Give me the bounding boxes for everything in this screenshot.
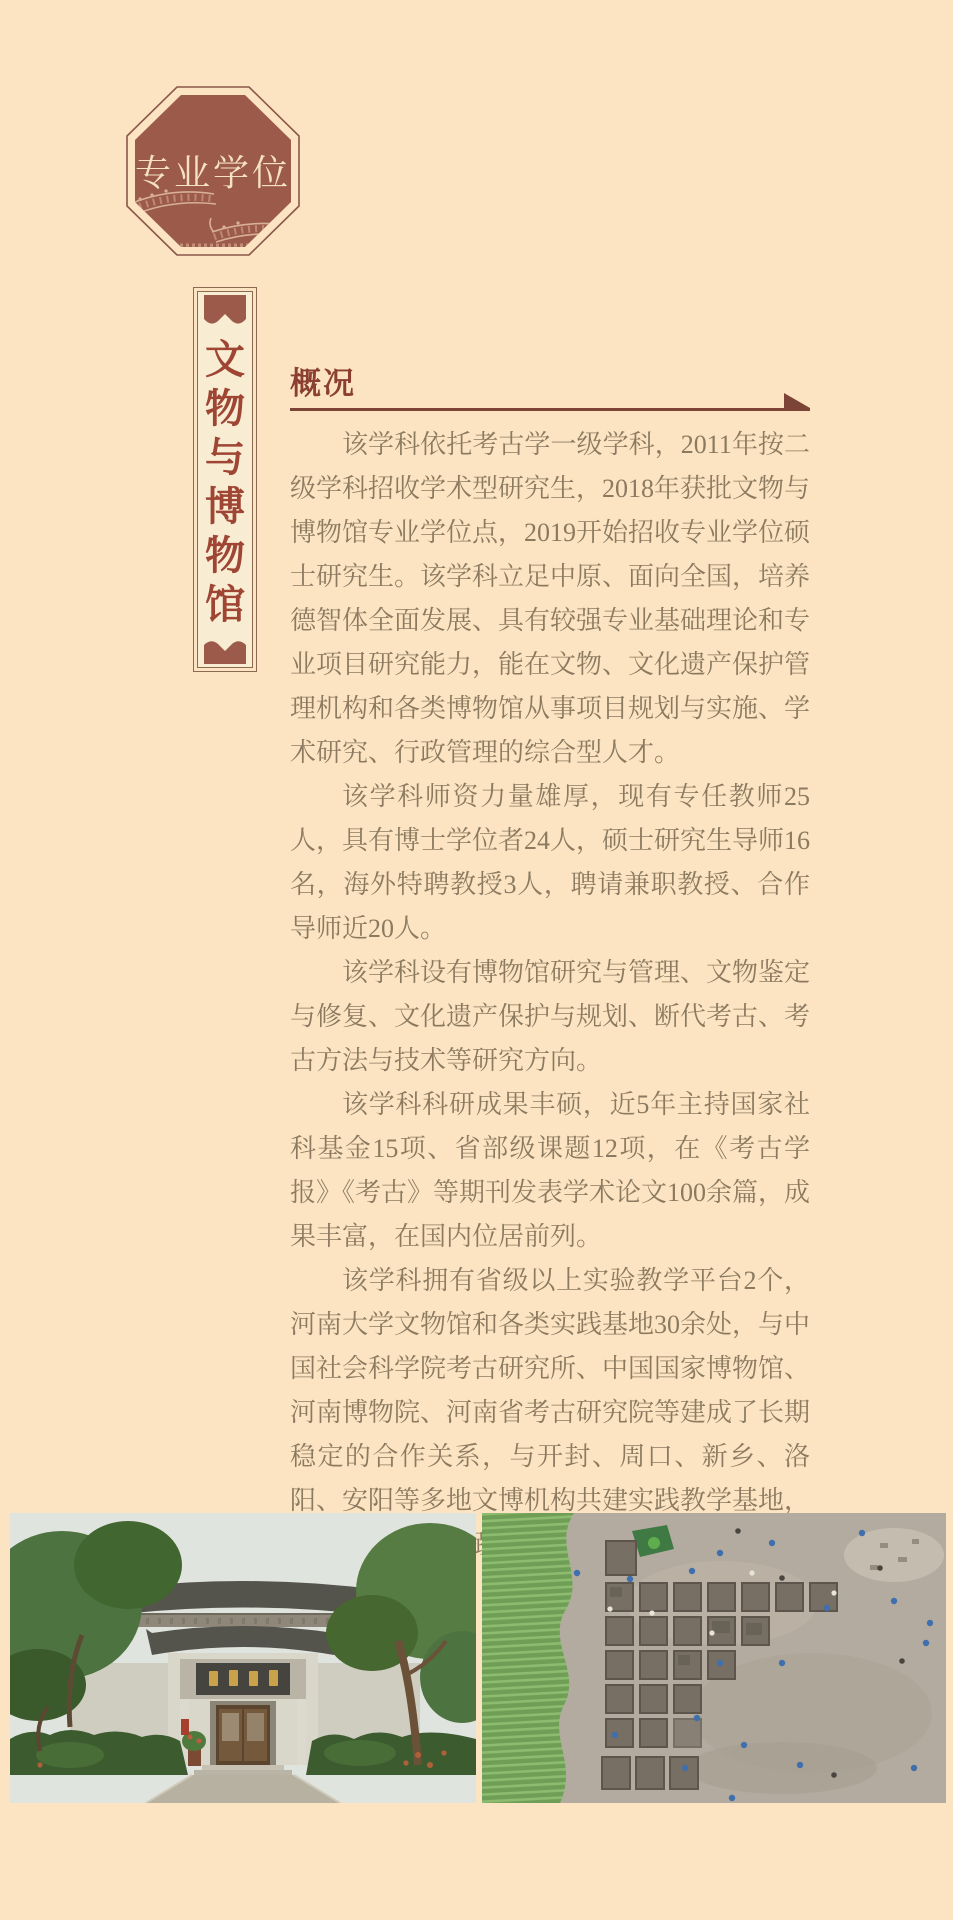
photo-row [10, 1513, 946, 1803]
vertical-title: 文 物 与 博 物 馆 [205, 327, 245, 638]
banner-char: 馆 [205, 585, 245, 625]
overview-section: 概况 该学科依托考古学一级学科，2011年按二级学科招收学术型研究生，2018年… [290, 368, 810, 1567]
banner-char: 文 [205, 340, 245, 380]
badge-label: 专业学位 [135, 153, 291, 193]
brochure-page: 专业学位 文 物 与 博 物 馆 概况 该学科依托考古学一级学科，2011年按二… [0, 0, 953, 1920]
paragraph: 该学科科研成果丰硕，近5年主持国家社科基金15项、省部级课题12项，在《考古学报… [290, 1083, 810, 1259]
paragraph: 该学科师资力量雄厚，现有专任教师25人，具有博士学位者24人，硕士研究生导师16… [290, 775, 810, 951]
octagon-badge-icon: 专业学位 [126, 86, 300, 256]
paragraph: 该学科依托考古学一级学科，2011年按二级学科招收学术型研究生，2018年获批文… [290, 423, 810, 775]
banner-char: 物 [205, 389, 245, 429]
banner-char: 物 [205, 536, 245, 576]
banner-char: 与 [205, 438, 245, 478]
museum-entrance-photo [10, 1513, 476, 1803]
section-title: 概况 [290, 368, 810, 399]
professional-degree-badge: 专业学位 [126, 86, 300, 256]
banner-char: 博 [205, 487, 245, 527]
aerial-excavation-photo [482, 1513, 946, 1803]
paragraph: 该学科设有博物馆研究与管理、文物鉴定与修复、文化遗产保护与规划、断代考古、考古方… [290, 951, 810, 1083]
ribbon-bottom-icon [203, 638, 247, 664]
ribbon-top-icon [203, 295, 247, 327]
section-rule [290, 408, 810, 411]
side-banner: 文 物 与 博 物 馆 [197, 291, 253, 668]
